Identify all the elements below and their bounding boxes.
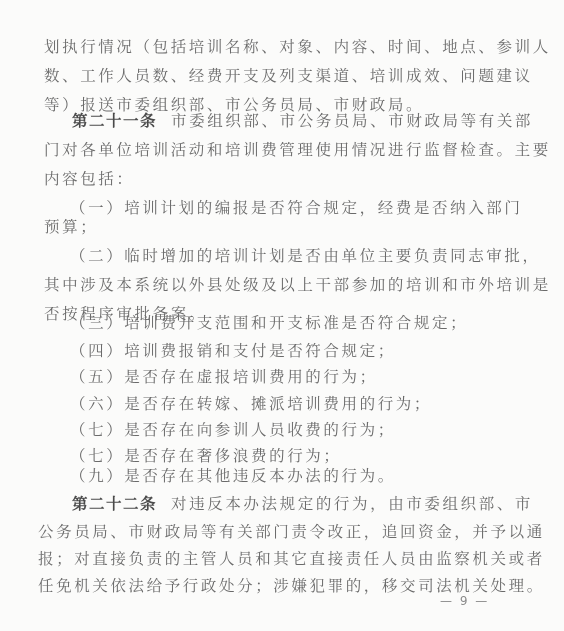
list-item: （九）是否存在其他违反本办法的行为。 xyxy=(70,466,522,486)
text-line: 对违反本办法规定的行为，由市委组织部、市 xyxy=(171,495,533,513)
text-line: 划执行情况（包括培训名称、对象、内容、时间、地点、参训人 xyxy=(44,37,496,57)
list-item: （四）培训费报销和支付是否符合规定； xyxy=(70,341,522,361)
list-item: （二）临时增加的培训计划是否由单位主要负责同志审批， xyxy=(70,246,522,266)
text-line: 任免机关依法给予行政处分；涉嫌犯罪的，移交司法机关处理。 xyxy=(38,576,490,596)
list-item: （五）是否存在虚报培训费用的行为； xyxy=(70,367,522,387)
text-line: 其中涉及本系统以外县处级及以上干部参加的培训和市外培训是 xyxy=(44,275,496,295)
text-line: 报；对直接负责的主管人员和其它直接责任人员由监察机关或者 xyxy=(38,549,490,569)
text-line: 市委组织部、市公务员局、市财政局等有关部 xyxy=(171,112,533,130)
document-page: 划执行情况（包括培训名称、对象、内容、时间、地点、参训人 数、工作人员数、经费开… xyxy=(0,0,564,631)
article-22-line: 第二十二条对违反本办法规定的行为，由市委组织部、市 xyxy=(72,494,496,514)
list-item: （三）培训费开支范围和开支标准是否符合规定； xyxy=(70,313,522,333)
list-item: （七）是否存在向参训人员收费的行为； xyxy=(70,420,522,440)
text-line: 数、工作人员数、经费开支及列支渠道、培训成效、问题建议 xyxy=(44,66,496,86)
text-line: 门对各单位培训活动和培训费管理使用情况进行监督检查。主要 xyxy=(44,140,496,160)
list-item: （六）是否存在转嫁、摊派培训费用的行为； xyxy=(70,394,522,414)
list-item: （一）培训计划的编报是否符合规定，经费是否纳入部门 xyxy=(70,198,522,218)
text-line: 公务员局、市财政局等有关部门责令改正，追回资金，并予以通 xyxy=(38,522,490,542)
article-22-heading: 第二十二条 xyxy=(72,495,157,513)
text-line: 内容包括： xyxy=(44,169,496,189)
page-number: — 9 — xyxy=(440,594,489,608)
article-21-line: 第二十一条市委组织部、市公务员局、市财政局等有关部 xyxy=(72,111,496,131)
text-line: 预算； xyxy=(44,217,496,237)
article-21-heading: 第二十一条 xyxy=(72,112,157,130)
list-item: （七）是否存在奢侈浪费的行为； xyxy=(70,446,522,466)
